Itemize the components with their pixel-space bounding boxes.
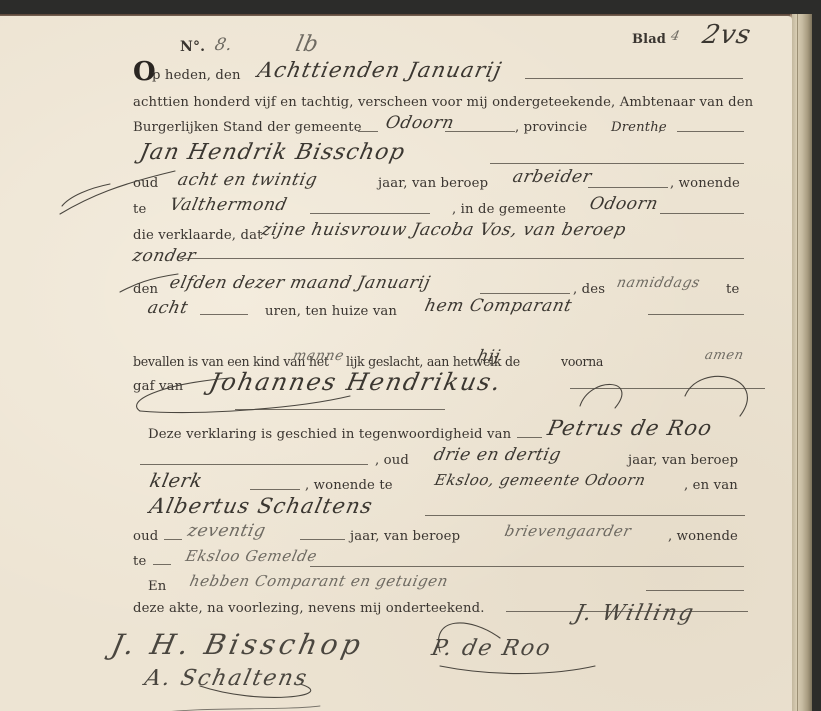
blad-label: Blad (632, 32, 666, 47)
witness1-occupation-handwritten: klerk (148, 470, 205, 492)
blad-annotation: 2vs (700, 20, 755, 50)
line3-printed-b: , provincie (515, 120, 587, 135)
line9-printed-b: , des (573, 282, 605, 297)
witness2-name-handwritten: Albertus Schaltens (147, 494, 375, 518)
line15-printed-b: , en van (684, 478, 738, 493)
line19-printed: En (148, 579, 166, 594)
line15-printed-a: , wonende te (305, 478, 393, 493)
line3-gemeente-handwritten: Odoorn (384, 113, 456, 133)
line5-printed-c: , wonende (670, 176, 740, 191)
birth-hour-handwritten: acht (146, 298, 190, 318)
declarant-name-handwritten: Jan Hendrik Bisschop (137, 140, 407, 165)
declarant-residence-handwritten: Valthermond (168, 195, 289, 215)
voornamen-suffix-handwritten: amen (703, 348, 745, 363)
line6-printed-b: , in de gemeente (452, 202, 566, 217)
residence-gemeente-handwritten: Odoorn (588, 194, 660, 214)
line9-printed-c: te (726, 282, 739, 297)
mother-occupation-handwritten: zonder (131, 246, 198, 266)
child-name-handwritten: Johannes Hendrikus. (207, 368, 505, 396)
entry-number-label: N°. (180, 39, 205, 55)
line1-date-handwritten: Achttienden Januarij (255, 58, 504, 82)
line9-printed-a: den (133, 282, 158, 297)
pronoun-handwritten: hij (476, 346, 502, 365)
register-page: N°. 8. Blad 4 2vs O p heden, den Achttie… (0, 16, 792, 711)
line16-rule (425, 515, 745, 516)
line5-printed-b: jaar, van beroep (378, 176, 488, 191)
birth-date-handwritten: elfden dezer maand Januarij (168, 273, 432, 293)
witness1-age-handwritten: drie en dertig (432, 445, 563, 465)
line2-printed: achttien honderd vijf en tachtig, versch… (133, 95, 753, 110)
line17-rule-a (164, 539, 182, 540)
blad-number: 4 (669, 29, 681, 44)
line11-printed-d: voorna (561, 354, 603, 369)
book-page-edges (790, 14, 812, 711)
witness2-age-handwritten: zeventig (186, 521, 268, 541)
declarant-age-handwritten: acht en twintig (176, 170, 319, 190)
line6-printed-a: te (133, 202, 146, 217)
closing-clause-handwritten: hebben Comparant en getuigen (188, 572, 450, 590)
line12-rule-b (235, 409, 445, 410)
signature-witness-2: A. Schaltens (142, 666, 310, 691)
line12-printed: gaf van (133, 379, 183, 394)
line13-rule (517, 437, 542, 438)
line11-printed-c: de (505, 354, 520, 369)
line7-printed: die verklaarde, dat (133, 228, 263, 243)
line14-printed-a: , oud (375, 453, 409, 468)
line4-rule (490, 163, 744, 164)
birth-time-of-day-handwritten: namiddags (615, 275, 701, 291)
line17-printed-b: jaar, van beroep (350, 529, 460, 544)
line10-printed: uren, ten huize van (265, 304, 397, 319)
line6-rule-a (310, 213, 430, 214)
line17-rule-b (300, 539, 345, 540)
child-sex-handwritten: manne (291, 348, 345, 364)
line18-printed: te (133, 554, 146, 569)
line3-rule-b (445, 131, 515, 132)
line14-printed-b: jaar, van beroep (628, 453, 738, 468)
line9-rule (480, 293, 570, 294)
line5-rule (588, 187, 668, 188)
line17-printed-c: , wonende (668, 529, 738, 544)
line5-printed-a: oud (133, 176, 158, 191)
line17-printed-a: oud (133, 529, 158, 544)
witness2-occupation-handwritten: brievengaarder (503, 522, 633, 540)
line13-printed: Deze verklaring is geschied in tegenwoor… (148, 427, 511, 442)
line18-rule-a (153, 564, 171, 565)
line10-rule-a (200, 314, 248, 315)
line1-printed: p heden, den (152, 68, 241, 83)
line3-printed-a: Burgerlijken Stand der gemeente (133, 120, 362, 135)
witness2-residence-handwritten: Eksloo Gemelde (184, 547, 319, 565)
birth-place-handwritten: hem Comparant (423, 296, 574, 316)
mother-description-handwritten: zijne huisvrouw Jacoba Vos, van beroep (260, 220, 628, 240)
line12-rule-a (570, 388, 765, 389)
line1-rule (525, 78, 743, 79)
signature-declarant: J. H. Bisschop (108, 628, 367, 661)
line3-rule-c (677, 131, 744, 132)
signature-witness-1: P. de Roo (429, 636, 554, 661)
entry-number-value: 8. (213, 35, 235, 55)
signature-official: J. Willing (572, 601, 697, 626)
line8-rule (180, 258, 744, 259)
line3-printed-c: , (658, 120, 662, 135)
line20-printed: deze akte, na voorlezing, nevens mij ond… (133, 601, 485, 616)
declarant-occupation-handwritten: arbeider (511, 167, 594, 187)
line6-rule-b (660, 213, 744, 214)
witness1-residence-handwritten: Eksloo, gemeente Odoorn (433, 471, 647, 489)
line14-rule (140, 464, 368, 465)
line15-rule (250, 489, 300, 490)
witness1-name-handwritten: Petrus de Roo (545, 416, 714, 440)
line1-flourish-mark: lb (293, 32, 321, 57)
line10-rule-b (648, 314, 744, 315)
line18-rule-b (310, 566, 744, 567)
line3-rule-a (358, 131, 378, 132)
line19-rule (646, 590, 744, 591)
